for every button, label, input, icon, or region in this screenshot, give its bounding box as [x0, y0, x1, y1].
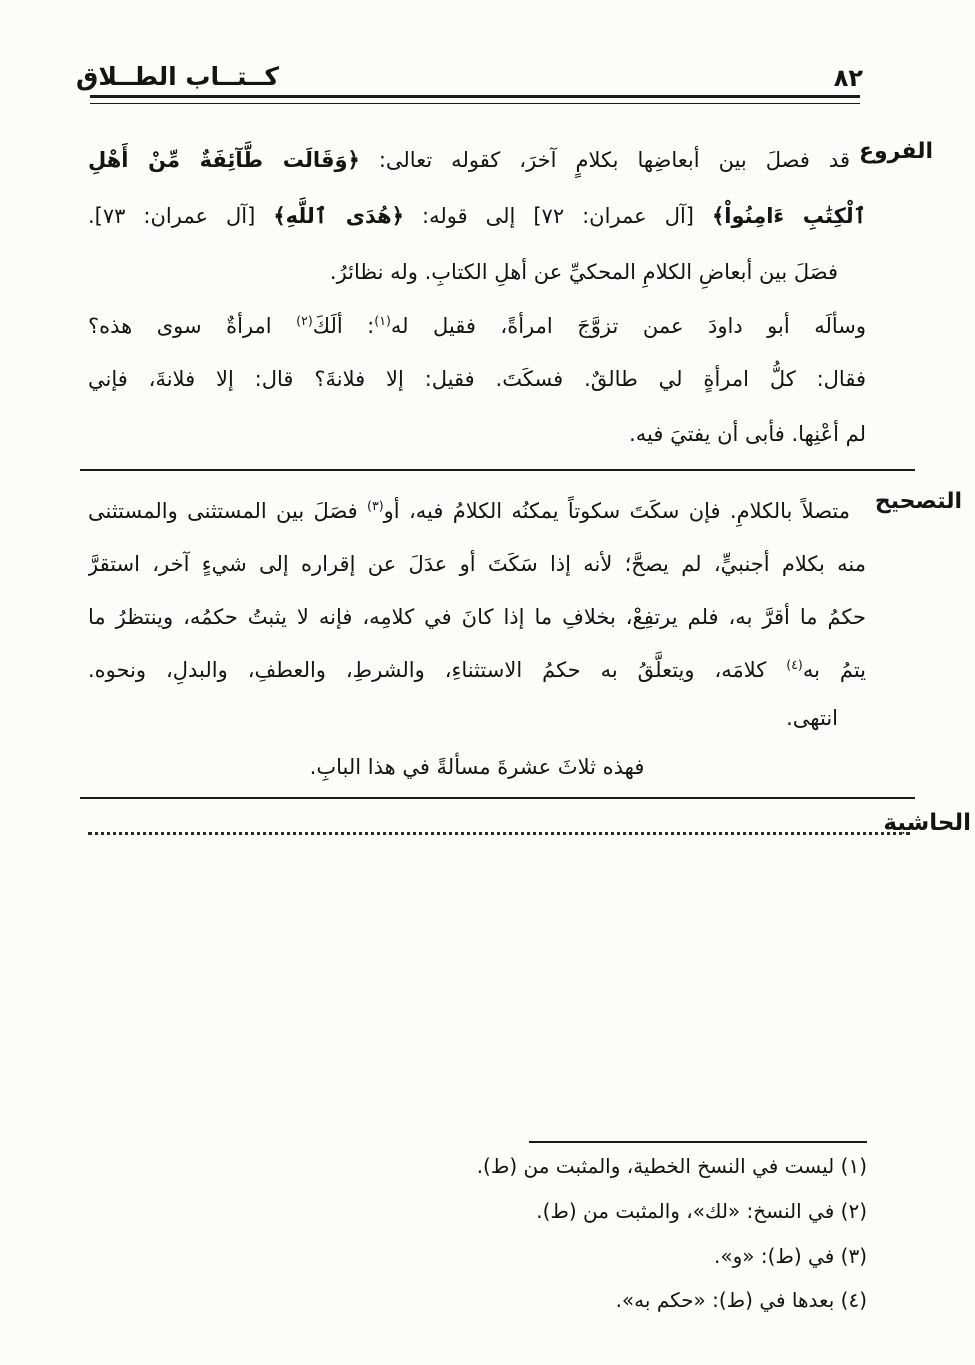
text-segment: يتمُ به: [803, 658, 866, 682]
text-segment: كلامَه، ويتعلَّقُ به حكمُ الاستثناءِ، وا…: [88, 658, 786, 682]
footnote-3: (٣) في (ط): «و».: [367, 1240, 867, 1272]
body-line-8: منه بكلام أجنبيٍّ، لم يصحَّ؛ لأنه إذا سَ…: [88, 542, 866, 589]
text-segment: [آل عمران: ٧٢] إلى قوله:: [404, 204, 712, 228]
quran-quote: ٱلْكِتَٰبِ ءَامِنُواْ﴾: [712, 204, 866, 228]
body-line-11: انتهى.: [88, 696, 866, 743]
text-segment: : ألَكَ: [313, 314, 375, 338]
page-number: ٨٢: [834, 64, 863, 92]
section-divider: [80, 469, 915, 471]
hashiya-divider: [80, 797, 915, 799]
body-line-2: ٱلْكِتَٰبِ ءَامِنُواْ﴾ [آل عمران: ٧٢] إل…: [88, 194, 866, 241]
text-segment: فصَلَ بين المستثنى والمستثنى: [88, 499, 367, 523]
body-line-10: يتمُ به(٤) كلامَه، ويتعلَّقُ به حكمُ الا…: [88, 648, 866, 695]
footnote-1: (١) ليست في النسخ الخطية، والمثبت من (ط)…: [367, 1150, 867, 1182]
text-segment: حكمُ ما أقرَّ به، فلم يرتفِعْ، بخلافِ ما…: [88, 605, 866, 629]
hashiya-dotted-line: [88, 818, 910, 835]
text-segment: فقال: كلُّ امرأةٍ لي طالقٌ. فسكَتَ. فقيل…: [88, 367, 866, 391]
body-line-4: وسألَه أبو داودَ عمن تزوَّجَ امرأةً، فقي…: [88, 304, 866, 351]
text-segment: فصَلَ بين أبعاضِ الكلامِ المحكيِّ عن أهل…: [330, 260, 838, 284]
closing-line: فهذه ثلاثَ عشرةَ مسألةً في هذا البابِ.: [88, 745, 866, 792]
text-segment: انتهى.: [786, 706, 838, 730]
footnote-marker: (٢): [296, 313, 313, 328]
text-segment: متصلاً بالكلامِ. فإن سكَتَ سكوتاً يمكنُه…: [384, 499, 850, 523]
text-segment: [آل عمران: ٧٣].: [88, 204, 273, 228]
text-segment: لم أعْنِها. فأبى أن يفتيَ فيه.: [629, 422, 866, 446]
body-line-3: فصَلَ بين أبعاضِ الكلامِ المحكيِّ عن أهل…: [88, 250, 866, 297]
footnote-4: (٤) بعدها في (ط): «حكم به».: [367, 1284, 867, 1316]
footnote-marker: (٣): [367, 498, 384, 513]
quran-quote: ﴿هُدَى ٱللَّهِ﴾: [273, 204, 404, 228]
text-segment: قد فصلَ بين أبعاضِها بكلامٍ آخرَ، كقوله …: [360, 148, 850, 172]
text-segment: منه بكلام أجنبيٍّ، لم يصحَّ؛ لأنه إذا سَ…: [88, 552, 866, 576]
book-page: كــتــاب الطــلاق ٨٢ الفروع قد فصلَ بين …: [0, 0, 975, 1365]
margin-label-furu: الفروع: [859, 139, 933, 164]
footnote-marker: (٤): [786, 657, 803, 672]
body-line-6: لم أعْنِها. فأبى أن يفتيَ فيه.: [88, 412, 866, 459]
footnote-rule: [529, 1141, 867, 1143]
margin-label-tashih: التصحيح: [875, 489, 962, 514]
body-line-9: حكمُ ما أقرَّ به، فلم يرتفِعْ، بخلافِ ما…: [88, 595, 866, 642]
footnote-marker: (١): [374, 313, 391, 328]
footnote-2: (٢) في النسخ: «لك»، والمثبت من (ط).: [367, 1195, 867, 1227]
body-line-5: فقال: كلُّ امرأةٍ لي طالقٌ. فسكَتَ. فقيل…: [88, 357, 866, 404]
running-title: كــتــاب الطــلاق: [76, 62, 279, 91]
header-rule: [90, 95, 860, 104]
body-line-1: قد فصلَ بين أبعاضِها بكلامٍ آخرَ، كقوله …: [88, 138, 866, 185]
body-line-7: متصلاً بالكلامِ. فإن سكَتَ سكوتاً يمكنُه…: [88, 489, 866, 536]
text-segment: امرأةٌ سوى هذه؟: [88, 314, 296, 338]
text-segment: وسألَه أبو داودَ عمن تزوَّجَ امرأةً، فقي…: [391, 314, 866, 338]
quran-quote: ﴿وَقَالَت طَّآئِفَةٌ مِّنْ أَهْلِ: [88, 148, 360, 172]
